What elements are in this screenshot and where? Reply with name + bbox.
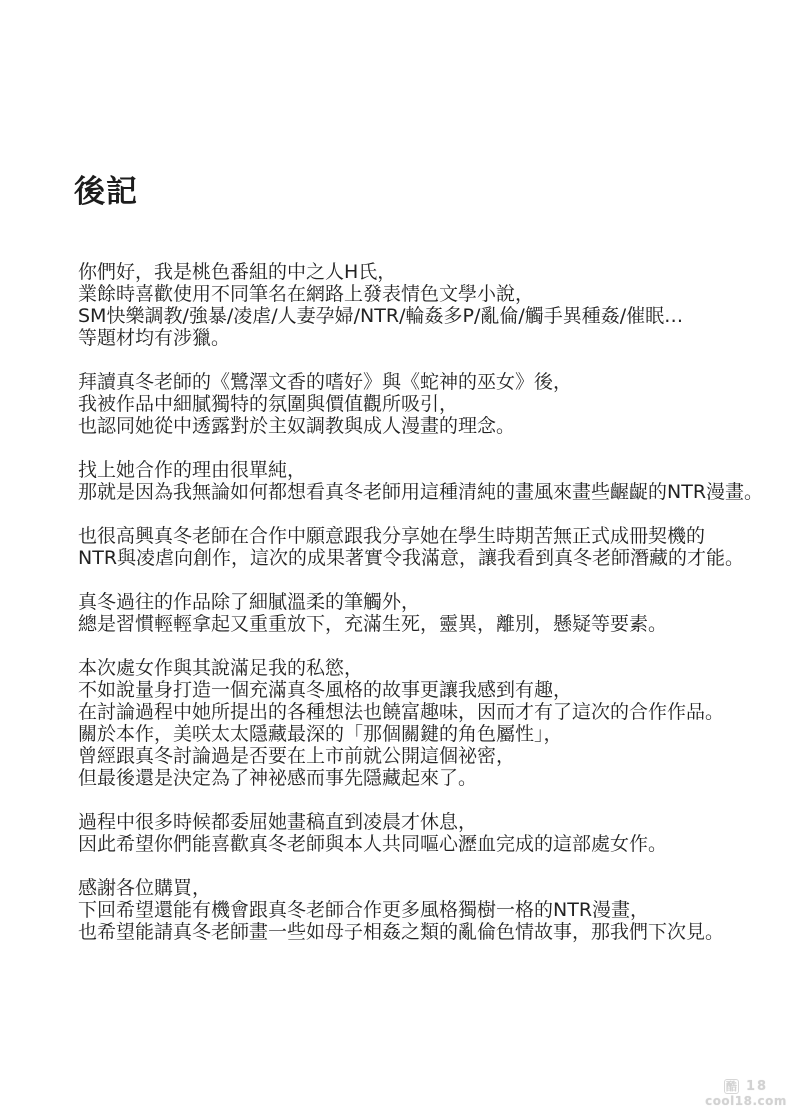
paragraph-line: 總是習慣輕輕拿起又重重放下，充滿生死，靈異，離別，懸疑等要素。 xyxy=(78,613,768,635)
paragraph-line: 但最後還是決定為了神祕感而事先隱藏起來了。 xyxy=(78,767,768,789)
paragraph-line: 因此希望你們能喜歡真冬老師與本人共同嘔心瀝血完成的這部處女作。 xyxy=(78,833,768,855)
paragraph-line: 感謝各位購買， xyxy=(78,877,768,899)
paragraph-line: 也很高興真冬老師在合作中願意跟我分享她在學生時期苦無正式成冊契機的 xyxy=(78,525,768,547)
paragraph-line: 曾經跟真冬討論過是否要在上市前就公開這個祕密， xyxy=(78,745,768,767)
paragraph-past-works: 真冬過往的作品除了細膩溫柔的筆觸外， 總是習慣輕輕拿起又重重放下，充滿生死，靈異… xyxy=(78,591,768,635)
paragraph-line: 找上她合作的理由很單純， xyxy=(78,459,768,481)
watermark-domain: cool18.com xyxy=(698,1094,794,1108)
paragraph-line: SM快樂調教/強暴/凌虐/人妻孕婦/NTR/輪姦多P/亂倫/觸手異種姦/催眠… xyxy=(78,305,768,327)
paragraph-intro: 你們好，我是桃色番組的中之人H氏， 業餘時喜歡使用不同筆名在網路上發表情色文學小… xyxy=(78,261,768,349)
paragraph-line: 過程中很多時候都委屈她畫稿直到凌晨才休息， xyxy=(78,811,768,833)
page-title: 後記 xyxy=(74,174,138,210)
paragraph-line: 在討論過程中她所提出的各種想法也饒富趣味，因而才有了這次的合作作品。 xyxy=(78,701,768,723)
paragraph-line: 真冬過往的作品除了細膩溫柔的筆觸外， xyxy=(78,591,768,613)
paragraph-line: 不如說量身打造一個充滿真冬風格的故事更讓我感到有趣， xyxy=(78,679,768,701)
paragraph-line: 本次處女作與其說滿足我的私慾， xyxy=(78,657,768,679)
paragraph-line: 下回希望還能有機會跟真冬老師合作更多風格獨樹一格的NTR漫畫， xyxy=(78,899,768,921)
paragraph-collab-reason: 找上她合作的理由很單純， 那就是因為我無論如何都想看真冬老師用這種清純的畫風來畫… xyxy=(78,459,768,503)
watermark-logo: 酷18 xyxy=(698,1079,794,1094)
paragraph-line: 那就是因為我無論如何都想看真冬老師用這種清純的畫風來畫些齷齪的NTR漫畫。 xyxy=(78,481,768,503)
paragraph-thanks: 感謝各位購買， 下回希望還能有機會跟真冬老師合作更多風格獨樹一格的NTR漫畫， … xyxy=(78,877,768,943)
paragraph-process: 過程中很多時候都委屈她畫稿直到凌晨才休息， 因此希望你們能喜歡真冬老師與本人共同… xyxy=(78,811,768,855)
paragraph-line: 等題材均有涉獵。 xyxy=(78,327,768,349)
paragraph-line: 你們好，我是桃色番組的中之人H氏， xyxy=(78,261,768,283)
paragraph-works-read: 拜讀真冬老師的《鷺澤文香的嗜好》與《蛇神的巫女》後， 我被作品中細膩獨特的氛圍與… xyxy=(78,371,768,437)
afterword-text: 你們好，我是桃色番組的中之人H氏， 業餘時喜歡使用不同筆名在網路上發表情色文學小… xyxy=(78,261,768,965)
paragraph-line: 業餘時喜歡使用不同筆名在網路上發表情色文學小說， xyxy=(78,283,768,305)
paragraph-line: 拜讀真冬老師的《鷺澤文香的嗜好》與《蛇神的巫女》後， xyxy=(78,371,768,393)
watermark-badge: 酷 xyxy=(724,1079,739,1094)
paragraph-this-work: 本次處女作與其說滿足我的私慾， 不如說量身打造一個充滿真冬風格的故事更讓我感到有… xyxy=(78,657,768,789)
paragraph-line: NTR與凌虐向創作，這次的成果著實令我滿意，讓我看到真冬老師潛藏的才能。 xyxy=(78,547,768,569)
paragraph-line: 也希望能請真冬老師畫一些如母子相姦之類的亂倫色情故事，那我們下次見。 xyxy=(78,921,768,943)
paragraph-line: 我被作品中細膩獨特的氛圍與價值觀所吸引， xyxy=(78,393,768,415)
watermark: 酷18 cool18.com xyxy=(698,1079,794,1108)
paragraph-collab-result: 也很高興真冬老師在合作中願意跟我分享她在學生時期苦無正式成冊契機的 NTR與凌虐… xyxy=(78,525,768,569)
watermark-number: 18 xyxy=(746,1079,768,1094)
afterword-page: 後記 你們好，我是桃色番組的中之人H氏， 業餘時喜歡使用不同筆名在網路上發表情色… xyxy=(0,0,800,1119)
paragraph-line: 也認同她從中透露對於主奴調教與成人漫畫的理念。 xyxy=(78,415,768,437)
paragraph-line: 關於本作，美咲太太隱藏最深的「那個關鍵的角色屬性」， xyxy=(78,723,768,745)
